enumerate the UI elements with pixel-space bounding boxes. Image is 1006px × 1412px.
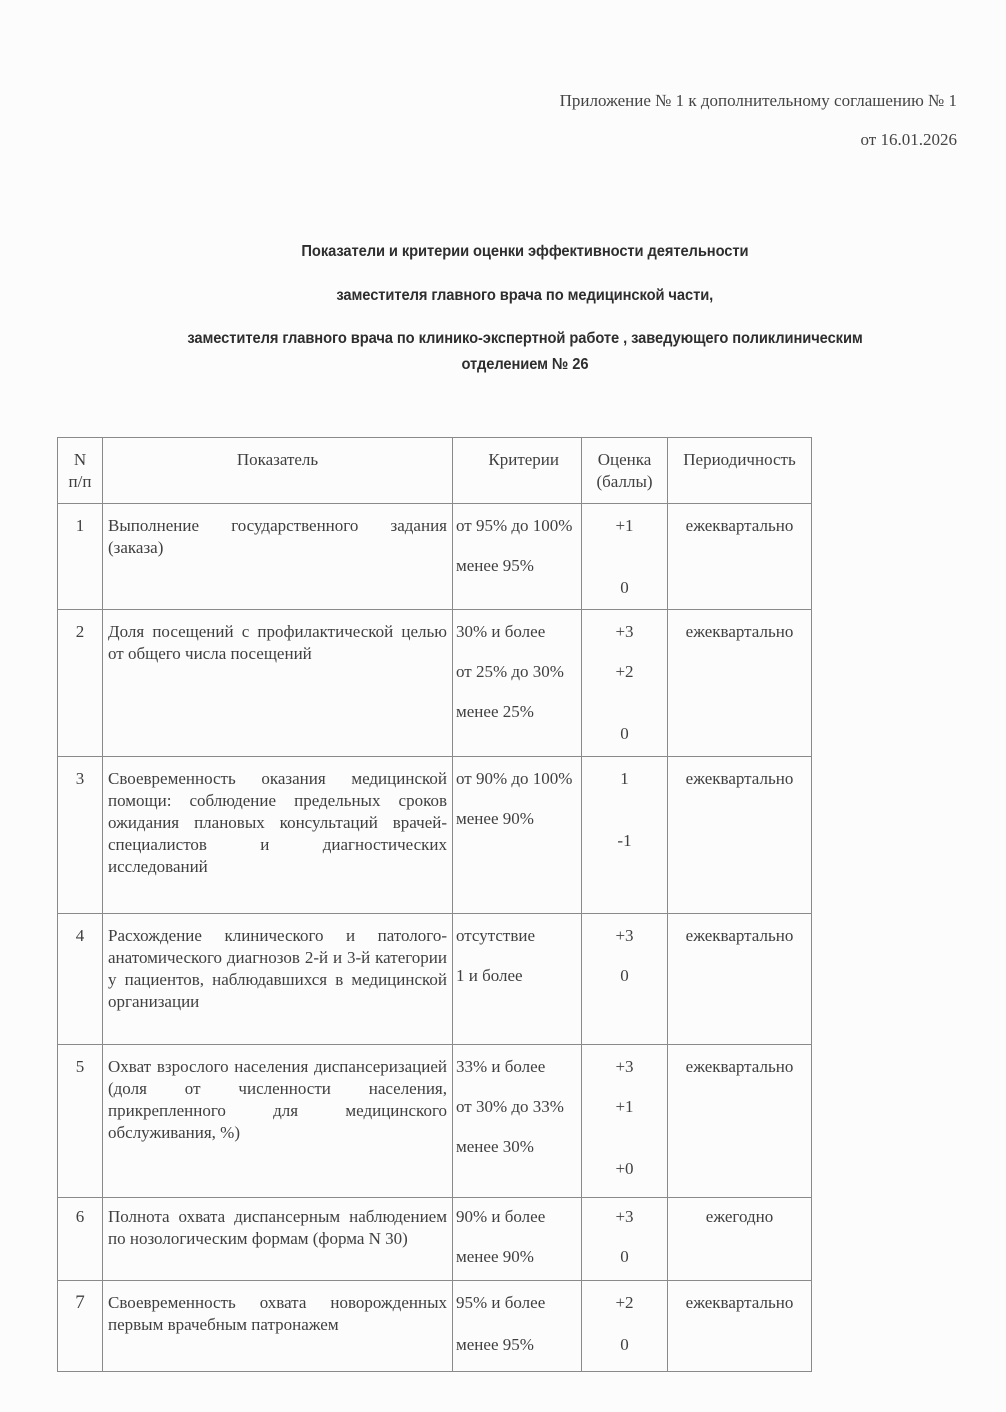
table-header-row: N п/п Показатель Критерии Оценка (баллы)…: [58, 438, 812, 504]
criterion: менее 95%: [456, 555, 577, 577]
score: +3: [582, 621, 667, 643]
criterion: менее 25%: [456, 701, 577, 723]
indicator-text: Доля посещений с профилактической целью …: [103, 610, 453, 757]
criteria-list: 33% и более от 30% до 33% менее 30%: [453, 1045, 582, 1198]
periodicity: ежеквартально: [668, 1281, 812, 1372]
score: 0: [582, 965, 667, 987]
table-row: 3 Своевременность оказания медицинской п…: [58, 757, 812, 914]
score-list: +1 0: [582, 504, 668, 610]
score: -1: [582, 830, 667, 852]
criteria-table: N п/п Показатель Критерии Оценка (баллы)…: [57, 437, 812, 1372]
indicator-text: Охват взрослого населения диспансеризаци…: [103, 1045, 453, 1198]
col-header-number: N п/п: [58, 438, 103, 504]
criterion: 90% и более: [456, 1206, 577, 1228]
score: +3: [582, 925, 667, 947]
score: +1: [582, 515, 667, 537]
row-number: 5: [58, 1045, 103, 1198]
row-number: 2: [58, 610, 103, 757]
score-list: +3 +1 +0: [582, 1045, 668, 1198]
criteria-list: 90% и более менее 90%: [453, 1198, 582, 1281]
indicator-text: Своевременность охвата новорожденных пер…: [103, 1281, 453, 1372]
col-header-indicator: Показатель: [103, 438, 453, 504]
score: +2: [582, 1292, 667, 1314]
table-row: 2 Доля посещений с профилактической цель…: [58, 610, 812, 757]
col-header-periodicity: Периодичность: [668, 438, 812, 504]
criterion: отсутствие: [456, 925, 577, 947]
criterion: 1 и более: [456, 965, 577, 987]
score: 0: [582, 577, 667, 599]
score-list: +2 0: [582, 1281, 668, 1372]
criteria-list: 95% и более менее 95%: [453, 1281, 582, 1372]
document-title: Показатели и критерии оценки эффективнос…: [90, 243, 960, 261]
score-list: +3 0: [582, 1198, 668, 1281]
periodicity: ежеквартально: [668, 1045, 812, 1198]
periodicity: ежеквартально: [668, 610, 812, 757]
criterion: менее 90%: [456, 808, 577, 830]
col-header-score: Оценка (баллы): [582, 438, 668, 504]
row-number: 6: [58, 1198, 103, 1281]
criterion: менее 95%: [456, 1334, 577, 1356]
table-row: 6 Полнота охвата диспансерным наблюдение…: [58, 1198, 812, 1281]
criteria-list: 30% и более от 25% до 30% менее 25%: [453, 610, 582, 757]
indicator-text: Своевременность оказания медицинской пом…: [103, 757, 453, 914]
row-number: 1: [58, 504, 103, 610]
criterion: от 30% до 33%: [456, 1096, 577, 1118]
score: 1: [582, 768, 667, 790]
criterion: 95% и более: [456, 1292, 577, 1314]
table-row: 5 Охват взрослого населения диспансериза…: [58, 1045, 812, 1198]
table-row: 1 Выполнение государственного задания (з…: [58, 504, 812, 610]
row-number: 3: [58, 757, 103, 914]
score: +2: [582, 661, 667, 683]
score: +3: [582, 1206, 667, 1228]
score: +1: [582, 1096, 667, 1118]
score-list: 1 -1: [582, 757, 668, 914]
criteria-list: от 90% до 100% менее 90%: [453, 757, 582, 914]
score: +3: [582, 1056, 667, 1078]
indicator-text: Расхождение клинического и патолого-анат…: [103, 914, 453, 1045]
criteria-list: отсутствие 1 и более: [453, 914, 582, 1045]
criterion: от 25% до 30%: [456, 661, 577, 683]
col-header-criteria: Критерии: [453, 438, 582, 504]
document-subtitle-line2: заместителя главного врача по клинико-эк…: [90, 330, 960, 348]
criteria-list: от 95% до 100% менее 95%: [453, 504, 582, 610]
criterion: менее 30%: [456, 1136, 577, 1158]
score: +0: [582, 1158, 667, 1180]
periodicity: ежеквартально: [668, 504, 812, 610]
table-row: 4 Расхождение клинического и патолого-ан…: [58, 914, 812, 1045]
criterion: от 95% до 100%: [456, 515, 577, 537]
periodicity: ежеквартально: [668, 914, 812, 1045]
periodicity: ежеквартально: [668, 757, 812, 914]
row-number: 4: [58, 914, 103, 1045]
appendix-heading: Приложение № 1 к дополнительному соглаше…: [560, 91, 957, 111]
appendix-date: от 16.01.2026: [861, 130, 957, 150]
score-list: +3 +2 0: [582, 610, 668, 757]
score: 0: [582, 723, 667, 745]
indicator-text: Выполнение государственного задания (зак…: [103, 504, 453, 610]
score-list: +3 0: [582, 914, 668, 1045]
row-number: 7: [58, 1281, 103, 1372]
periodicity: ежегодно: [668, 1198, 812, 1281]
score: 0: [582, 1334, 667, 1356]
criterion: 33% и более: [456, 1056, 577, 1078]
criterion: 30% и более: [456, 621, 577, 643]
score: 0: [582, 1246, 667, 1268]
table-row: 7 Своевременность охвата новорожденных п…: [58, 1281, 812, 1372]
document-subtitle-line3: отделением № 26: [90, 356, 960, 374]
criterion: от 90% до 100%: [456, 768, 577, 790]
criterion: менее 90%: [456, 1246, 577, 1268]
indicator-text: Полнота охвата диспансерным наблюдением …: [103, 1198, 453, 1281]
document-subtitle-line1: заместителя главного врача по медицинско…: [90, 287, 960, 305]
